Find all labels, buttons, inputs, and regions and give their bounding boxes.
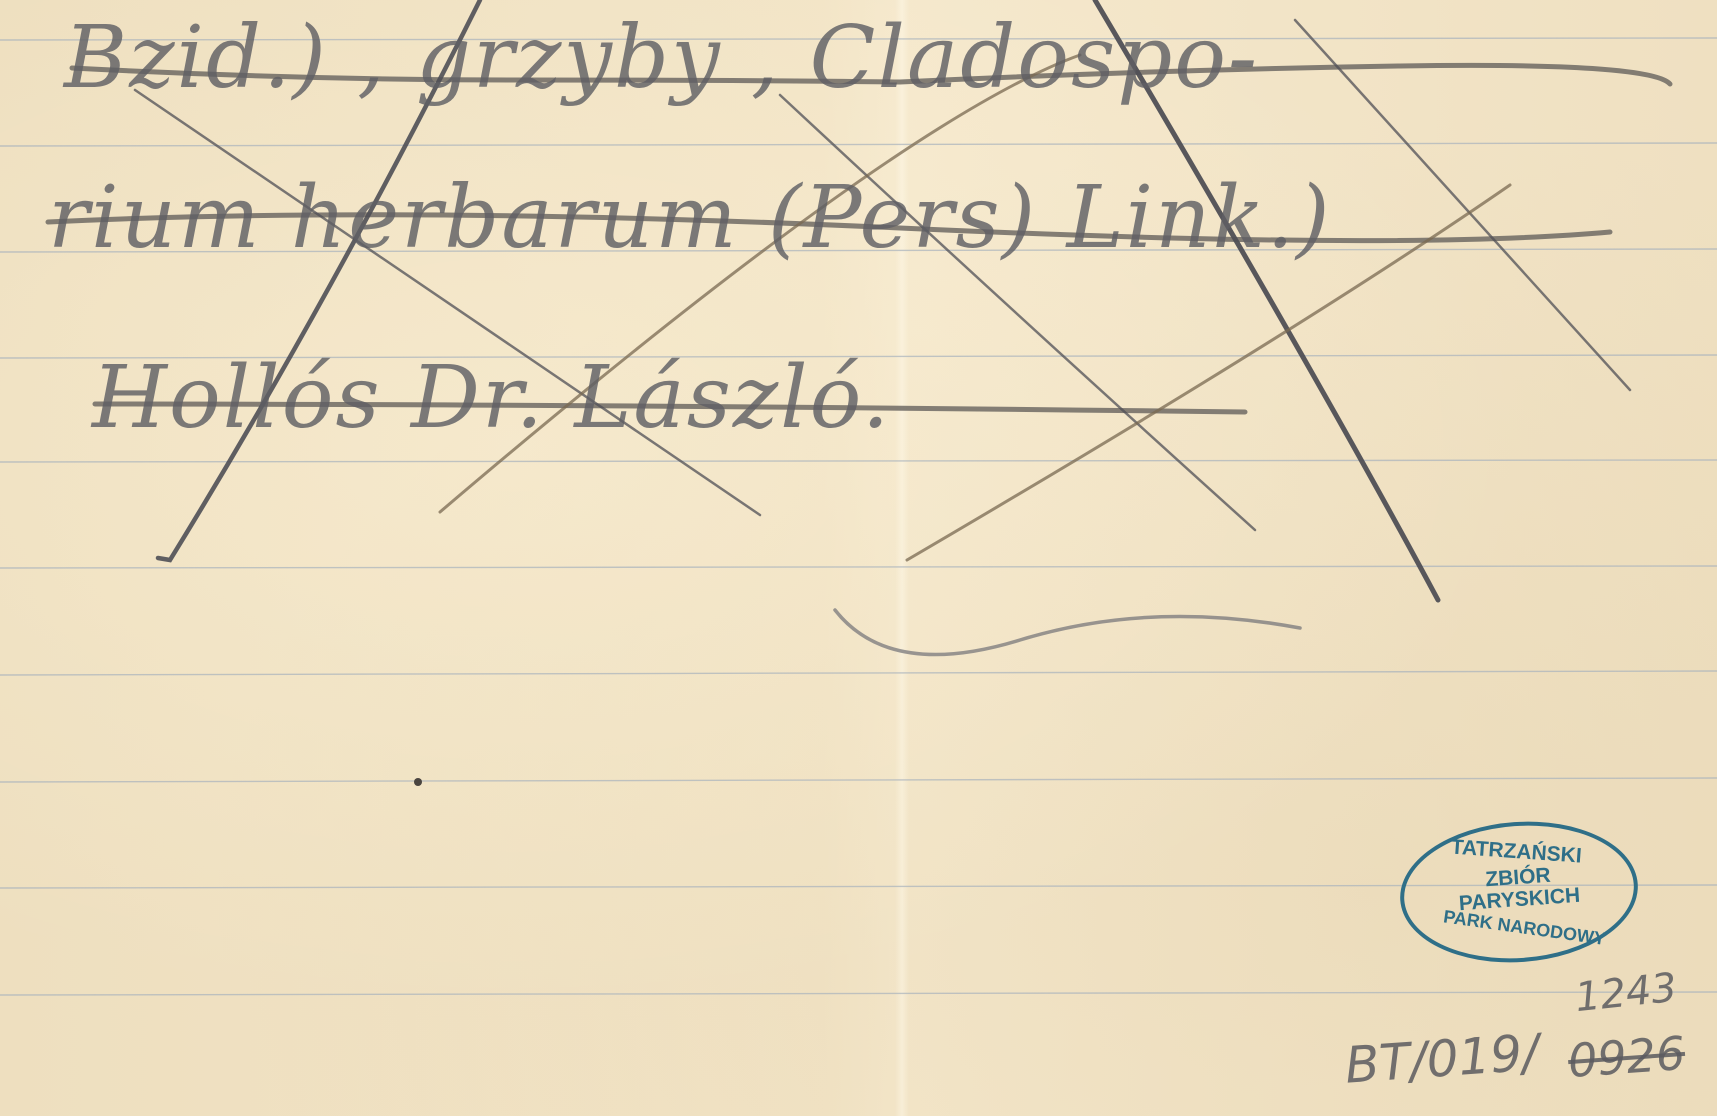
- catalog-crossed-number: 0926: [1566, 1026, 1687, 1088]
- handwriting-line-2: rium herbarum (Pers) Link.): [48, 168, 1332, 268]
- document-page: Bzid.) , grzyby , Cladospo- rium herbaru…: [0, 0, 1717, 1116]
- ink-dot: [414, 778, 422, 786]
- handwriting-line-1: Bzid.) , grzyby , Cladospo-: [64, 8, 1259, 108]
- handwriting-line-3: Hollós Dr. László.: [92, 348, 891, 448]
